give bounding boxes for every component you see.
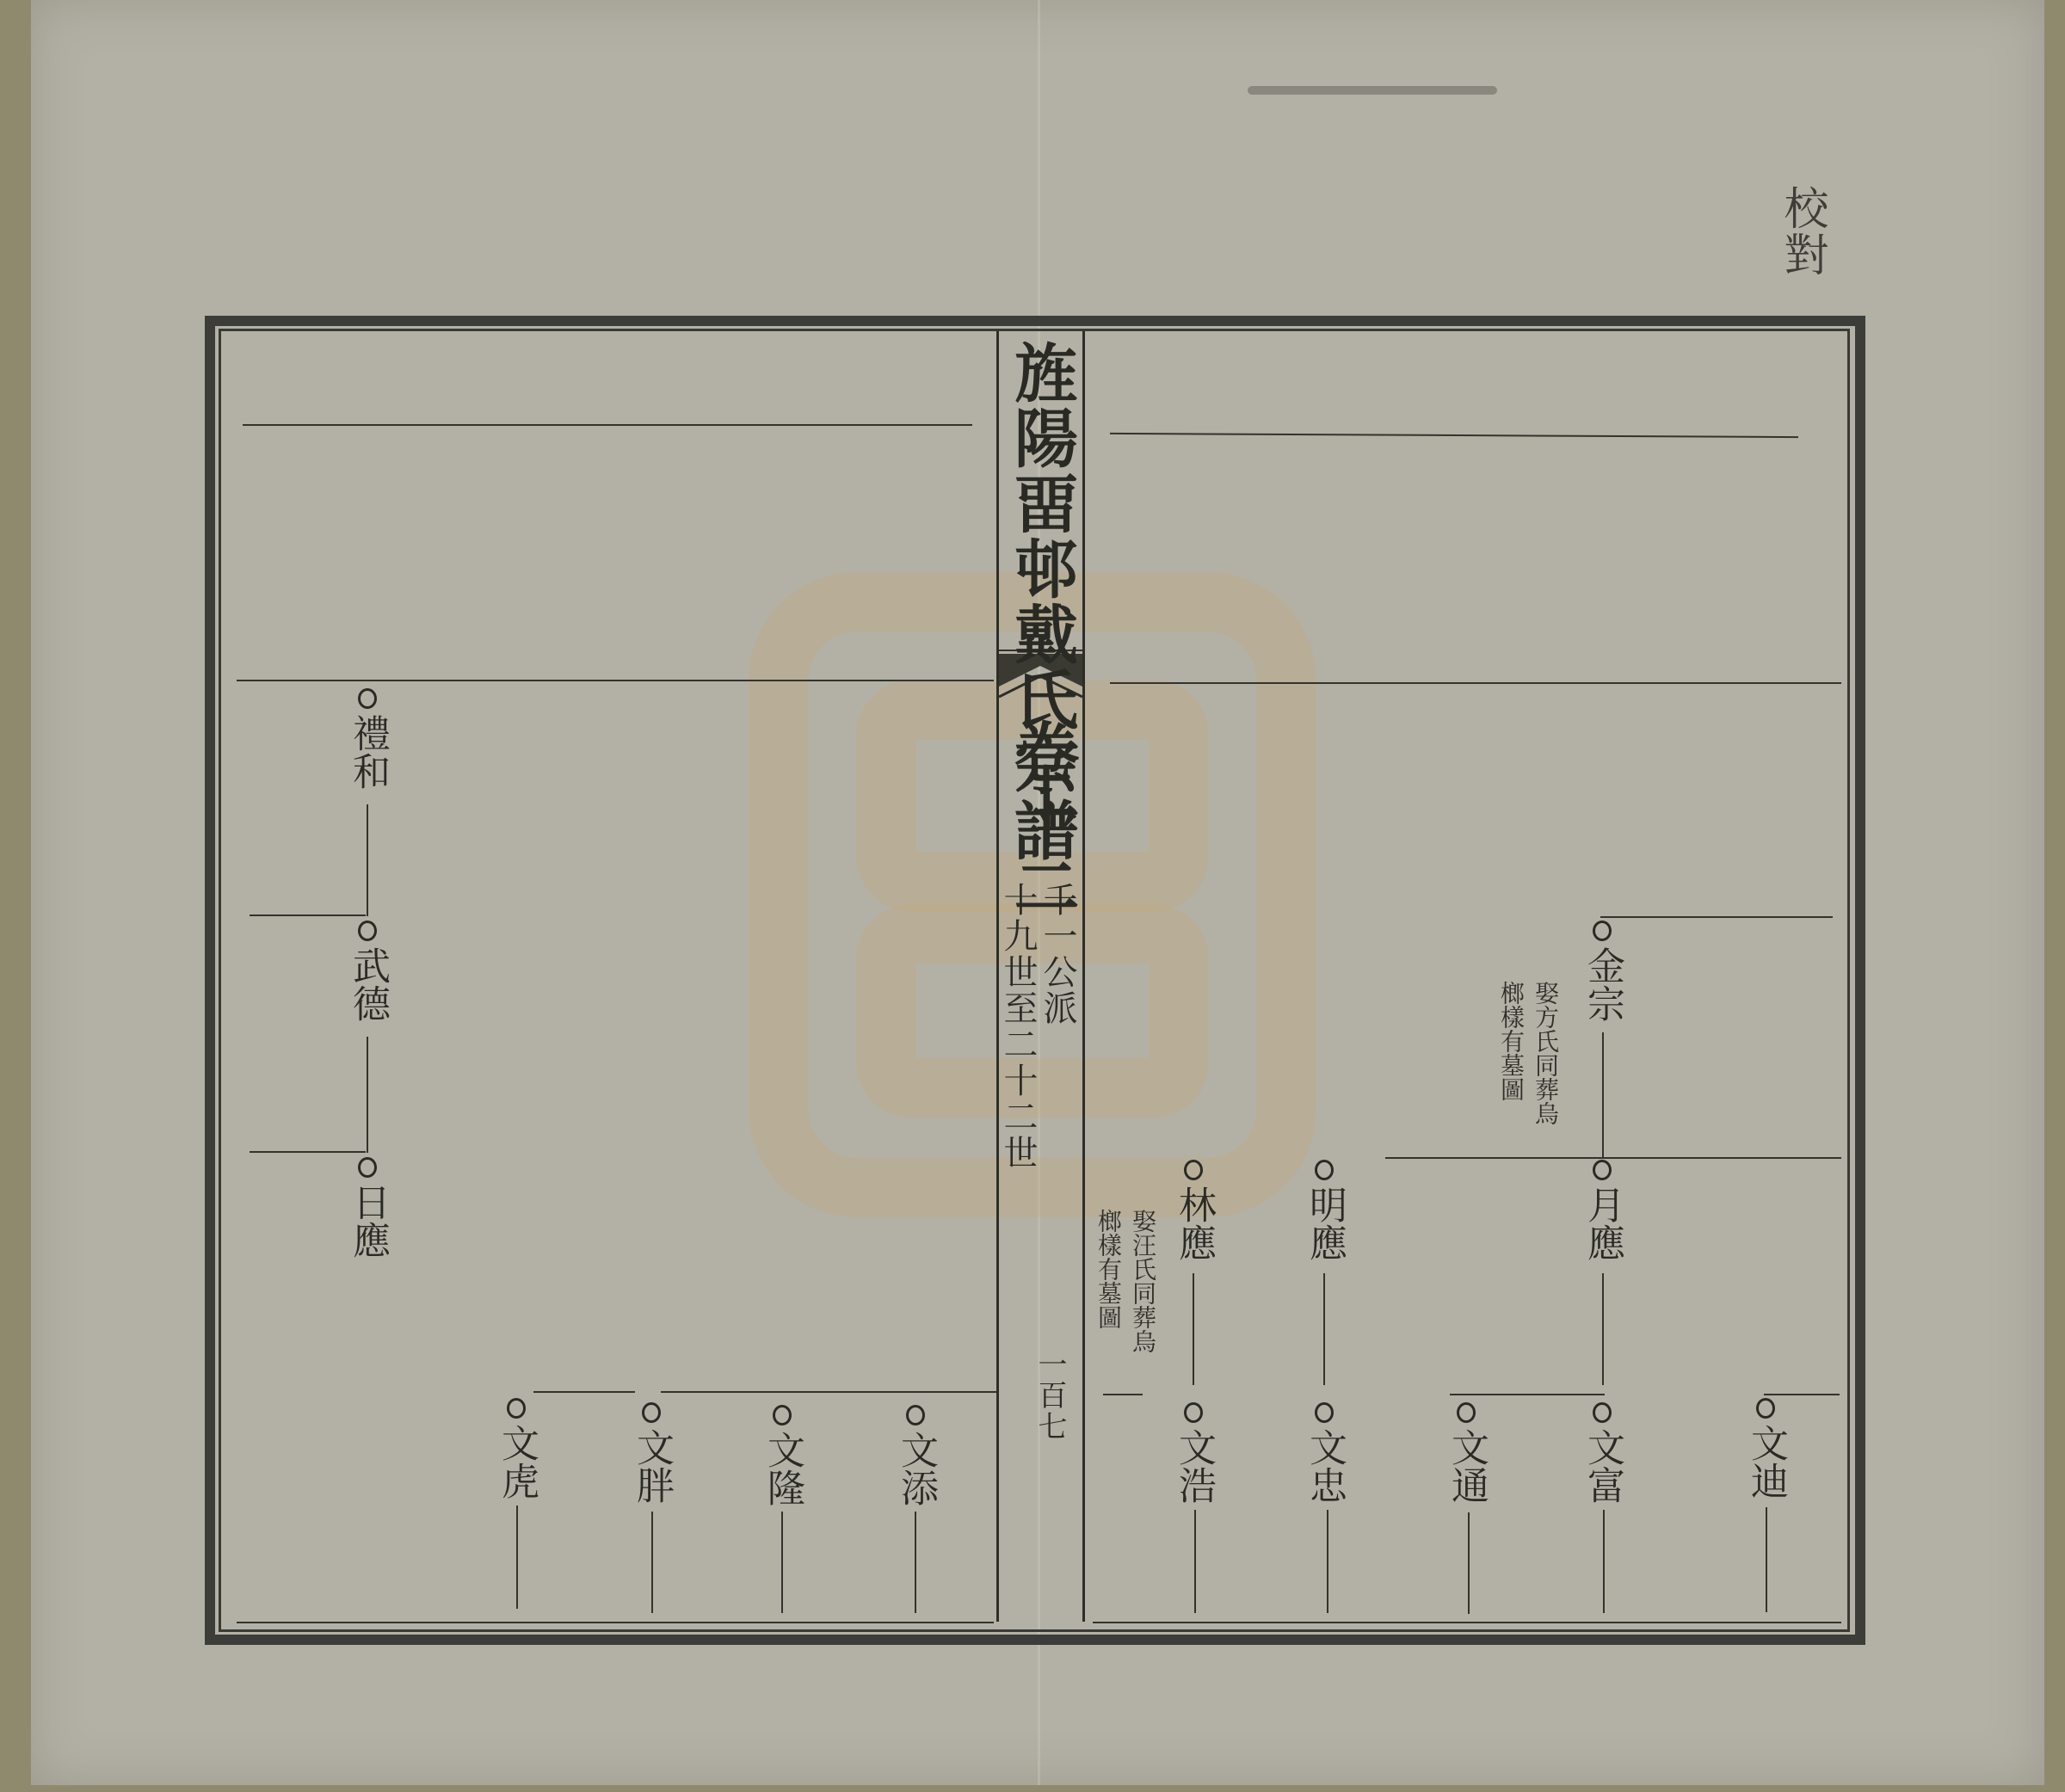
burial-note: 娶方氏同葬烏 (1530, 981, 1561, 1125)
descent-line (367, 1037, 368, 1153)
descent-line (651, 1512, 653, 1613)
node-circle-icon (906, 1405, 925, 1426)
person-name: 林應 (1170, 1185, 1217, 1261)
bottom-rule (237, 1622, 994, 1623)
node-circle-icon (1593, 1160, 1612, 1180)
connector-line (661, 1391, 996, 1393)
person-node: 文通 (1443, 1402, 1489, 1504)
person-node: 文忠 (1301, 1402, 1347, 1504)
node-circle-icon (1315, 1160, 1334, 1180)
person-name: 文通 (1443, 1428, 1489, 1504)
connector-line (1600, 916, 1833, 918)
node-circle-icon (773, 1405, 792, 1426)
person-node: 文迪 (1742, 1398, 1789, 1499)
person-name: 文富 (1579, 1428, 1625, 1504)
node-circle-icon (1457, 1402, 1476, 1423)
burial-note: 榔樣有墓圖 (1495, 981, 1526, 1101)
person-name: 禮和 (344, 714, 391, 790)
descent-line (781, 1512, 783, 1613)
person-node: 文富 (1579, 1402, 1625, 1504)
descent-line (1602, 1273, 1604, 1385)
person-node: 日應 (344, 1157, 391, 1259)
person-node: 文添 (892, 1405, 939, 1506)
descent-line (1194, 1510, 1196, 1613)
descent-line (1193, 1273, 1194, 1385)
proofread-seal: 校對 (1781, 185, 1833, 278)
person-name: 文迪 (1742, 1424, 1789, 1499)
person-name: 文隆 (759, 1431, 805, 1506)
person-name: 月應 (1579, 1185, 1625, 1261)
connector-line (1385, 1157, 1841, 1159)
branch-label: 千一公派 (1038, 882, 1077, 1026)
person-node: 金宗 (1579, 921, 1625, 1022)
person-node: 武德 (344, 921, 391, 1022)
row-rule (243, 424, 972, 426)
paper-damage-mark (1248, 86, 1497, 95)
spine-right-rule (1082, 331, 1085, 1622)
row-rule (237, 680, 994, 681)
person-node: 月應 (1579, 1160, 1625, 1261)
person-node: 文胖 (628, 1402, 675, 1504)
node-circle-icon (1184, 1402, 1203, 1423)
descent-line (1766, 1507, 1767, 1612)
person-node: 文虎 (493, 1398, 539, 1499)
descent-line (1323, 1273, 1325, 1385)
node-circle-icon (1315, 1402, 1334, 1423)
person-name: 明應 (1301, 1185, 1347, 1261)
bottom-rule (1093, 1622, 1841, 1623)
descent-line (367, 804, 368, 916)
node-circle-icon (642, 1402, 661, 1423)
descent-line (915, 1512, 916, 1613)
node-circle-icon (358, 688, 377, 709)
row-rule (1110, 682, 1841, 684)
descent-line (516, 1506, 518, 1609)
descent-line (1468, 1512, 1470, 1614)
node-circle-icon (1593, 1402, 1612, 1423)
person-name: 日應 (344, 1183, 391, 1259)
descent-line (1603, 1510, 1605, 1613)
node-circle-icon (358, 921, 377, 941)
person-node: 林應 (1170, 1160, 1217, 1261)
person-name: 文虎 (493, 1424, 539, 1499)
node-circle-icon (507, 1398, 526, 1419)
generation-range: 十九世至二十二世 (998, 882, 1038, 1171)
person-name: 武德 (344, 946, 391, 1022)
connector-line (533, 1391, 635, 1393)
node-circle-icon (358, 1157, 377, 1178)
descent-line (1327, 1510, 1328, 1613)
person-name: 文浩 (1170, 1428, 1217, 1504)
node-circle-icon (1184, 1160, 1203, 1180)
connector-line (250, 1151, 366, 1153)
connector-line (1450, 1394, 1605, 1395)
person-node: 明應 (1301, 1160, 1347, 1261)
burial-note: 榔樣有墓圖 (1093, 1209, 1124, 1329)
person-node: 文隆 (759, 1405, 805, 1506)
descent-line (1602, 1032, 1604, 1157)
connector-line (250, 914, 366, 916)
node-circle-icon (1593, 921, 1612, 941)
person-name: 金宗 (1579, 946, 1625, 1022)
person-name: 文添 (892, 1431, 939, 1506)
person-node: 文浩 (1170, 1402, 1217, 1504)
node-circle-icon (1756, 1398, 1775, 1419)
connector-line (1103, 1394, 1143, 1395)
connector-line (1764, 1394, 1840, 1395)
person-name: 文胖 (628, 1428, 675, 1504)
page-number: 一百七 (1032, 1349, 1067, 1442)
person-name: 文忠 (1301, 1428, 1347, 1504)
burial-note: 娶汪氏同葬烏 (1127, 1209, 1158, 1353)
person-node: 禮和 (344, 688, 391, 790)
